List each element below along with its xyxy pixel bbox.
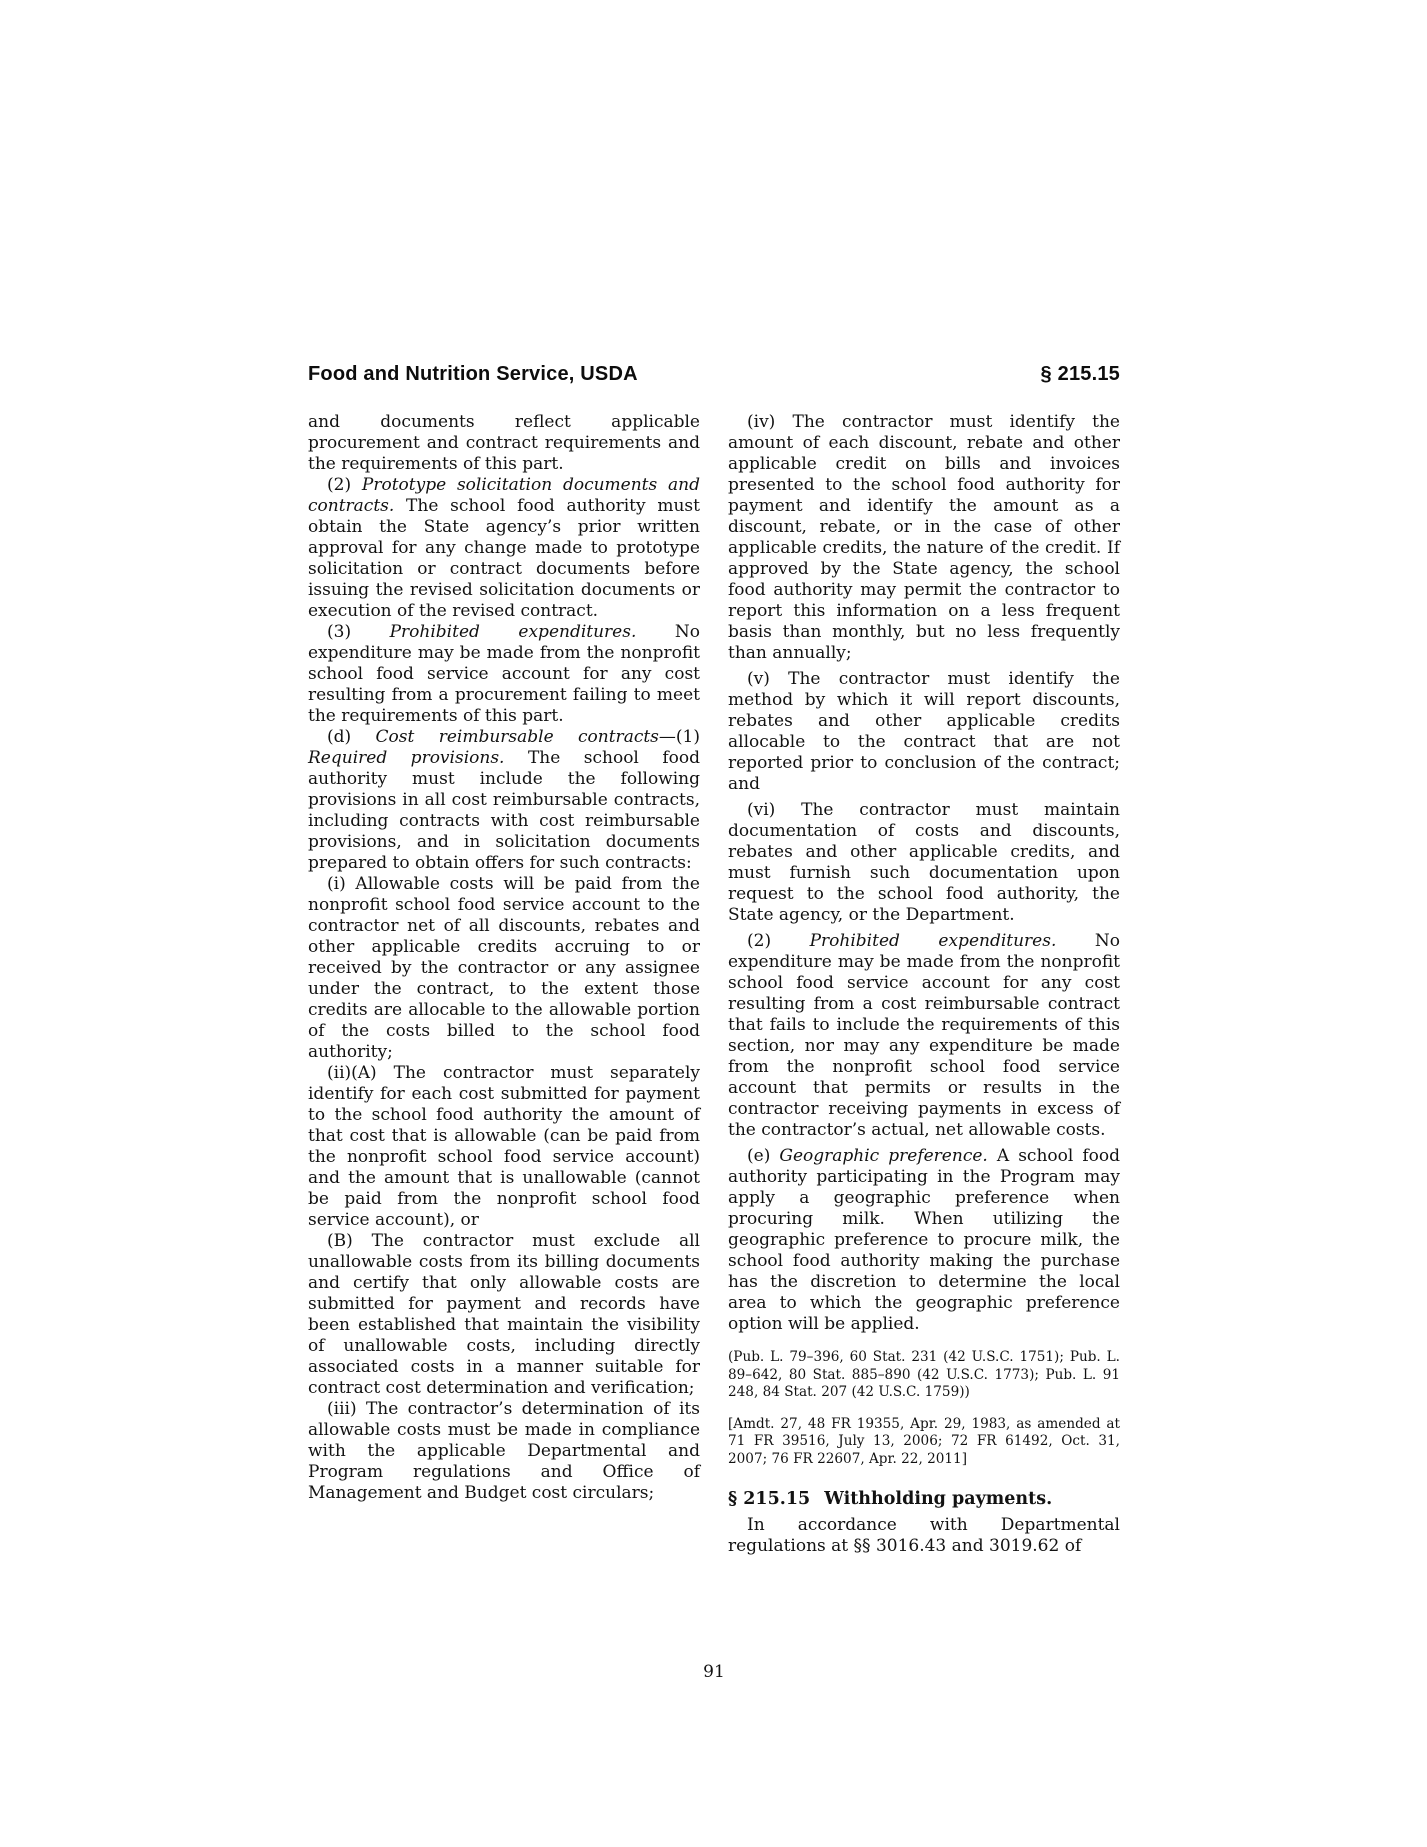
text-run: (2) [327,475,362,495]
text-run: § 215.15 [728,1489,810,1509]
text-run: (d) [327,727,376,747]
page-number: 91 [308,1662,1120,1682]
para-v-report-method: (v) The contractor must identify the met… [728,669,1120,795]
text-run: (v) The contractor must identify the met… [728,669,1120,794]
text-run: (e) [747,1146,779,1166]
para-vi-maintain-documentation: (vi) The contractor must maintain docume… [728,800,1120,926]
text-run: [Amdt. 27, 48 FR 19355, Apr. 29, 1983, a… [728,1416,1120,1467]
para-ii-a-separately-identify: (ii)(A) The contractor must separately i… [308,1063,700,1231]
text-run: Prohibited expenditures. [390,622,637,642]
running-head: Food and Nutrition Service, USDA § 215.1… [308,363,1120,386]
text-run: Geographic preference. [779,1146,987,1166]
text-run: In accordance with Departmental regulati… [728,1515,1120,1556]
para-iii-determination: (iii) The contractor’s determination of … [308,1399,700,1504]
para-d-cost-reimbursable: (d) Cost reimbursable contracts—(1) Requ… [308,727,700,874]
text-run: (i) Allowable costs will be paid from th… [308,874,700,1062]
text-run: (2) [747,931,810,951]
text-run: (3) [327,622,390,642]
text-run: (B) The contractor must exclude all unal… [308,1231,700,1398]
text-columns: and documents reflect applicable procure… [308,412,1120,1557]
para-i-allowable-costs: (i) Allowable costs will be paid from th… [308,874,700,1063]
section-heading-215-15: § 215.15Withholding payments. [728,1489,1120,1510]
text-run: (Pub. L. 79–396, 60 Stat. 231 (42 U.S.C.… [728,1349,1120,1400]
running-head-agency: Food and Nutrition Service, USDA [308,363,638,386]
para-b-exclude-unallowable: (B) The contractor must exclude all unal… [308,1231,700,1399]
text-run: No expenditure may be made from the nonp… [728,931,1120,1140]
cfr-document-page: Food and Nutrition Service, USDA § 215.1… [0,0,1427,1847]
text-run: —(1) [659,727,700,747]
text-run: A school food authority participating in… [728,1146,1120,1334]
para-withholding-intro: In accordance with Departmental regulati… [728,1515,1120,1557]
right-column: (iv) The contractor must identify the am… [728,412,1120,1557]
text-run: (vi) The contractor must maintain docume… [728,800,1120,925]
text-run: Prohibited expenditures. [810,931,1057,951]
text-run: (ii)(A) The contractor must separately i… [308,1063,700,1230]
para-2-prohibited-expenditures: (2) Prohibited expenditures. No expendit… [728,931,1120,1141]
para-2-prototype: (2) Prototype solicitation documents and… [308,475,700,622]
text-run: (iv) The contractor must identify the am… [728,412,1120,663]
text-run: (iii) The contractor’s determination of … [308,1399,700,1503]
left-column: and documents reflect applicable procure… [308,412,700,1557]
text-run: and documents reflect applicable procure… [308,412,700,474]
running-head-section-number: § 215.15 [1041,363,1120,386]
para-continuation: and documents reflect applicable procure… [308,412,700,475]
text-run: Required provisions. [308,748,504,768]
para-3-prohibited-expenditures: (3) Prohibited expenditures. No expendit… [308,622,700,727]
authority-citation: (Pub. L. 79–396, 60 Stat. 231 (42 U.S.C.… [728,1349,1120,1402]
para-e-geographic-preference: (e) Geographic preference. A school food… [728,1146,1120,1335]
text-run: Withholding payments. [824,1489,1052,1509]
text-run: Cost reimbursable contracts [376,727,659,747]
para-iv-identify-amount: (iv) The contractor must identify the am… [728,412,1120,664]
amendment-citation: [Amdt. 27, 48 FR 19355, Apr. 29, 1983, a… [728,1416,1120,1469]
